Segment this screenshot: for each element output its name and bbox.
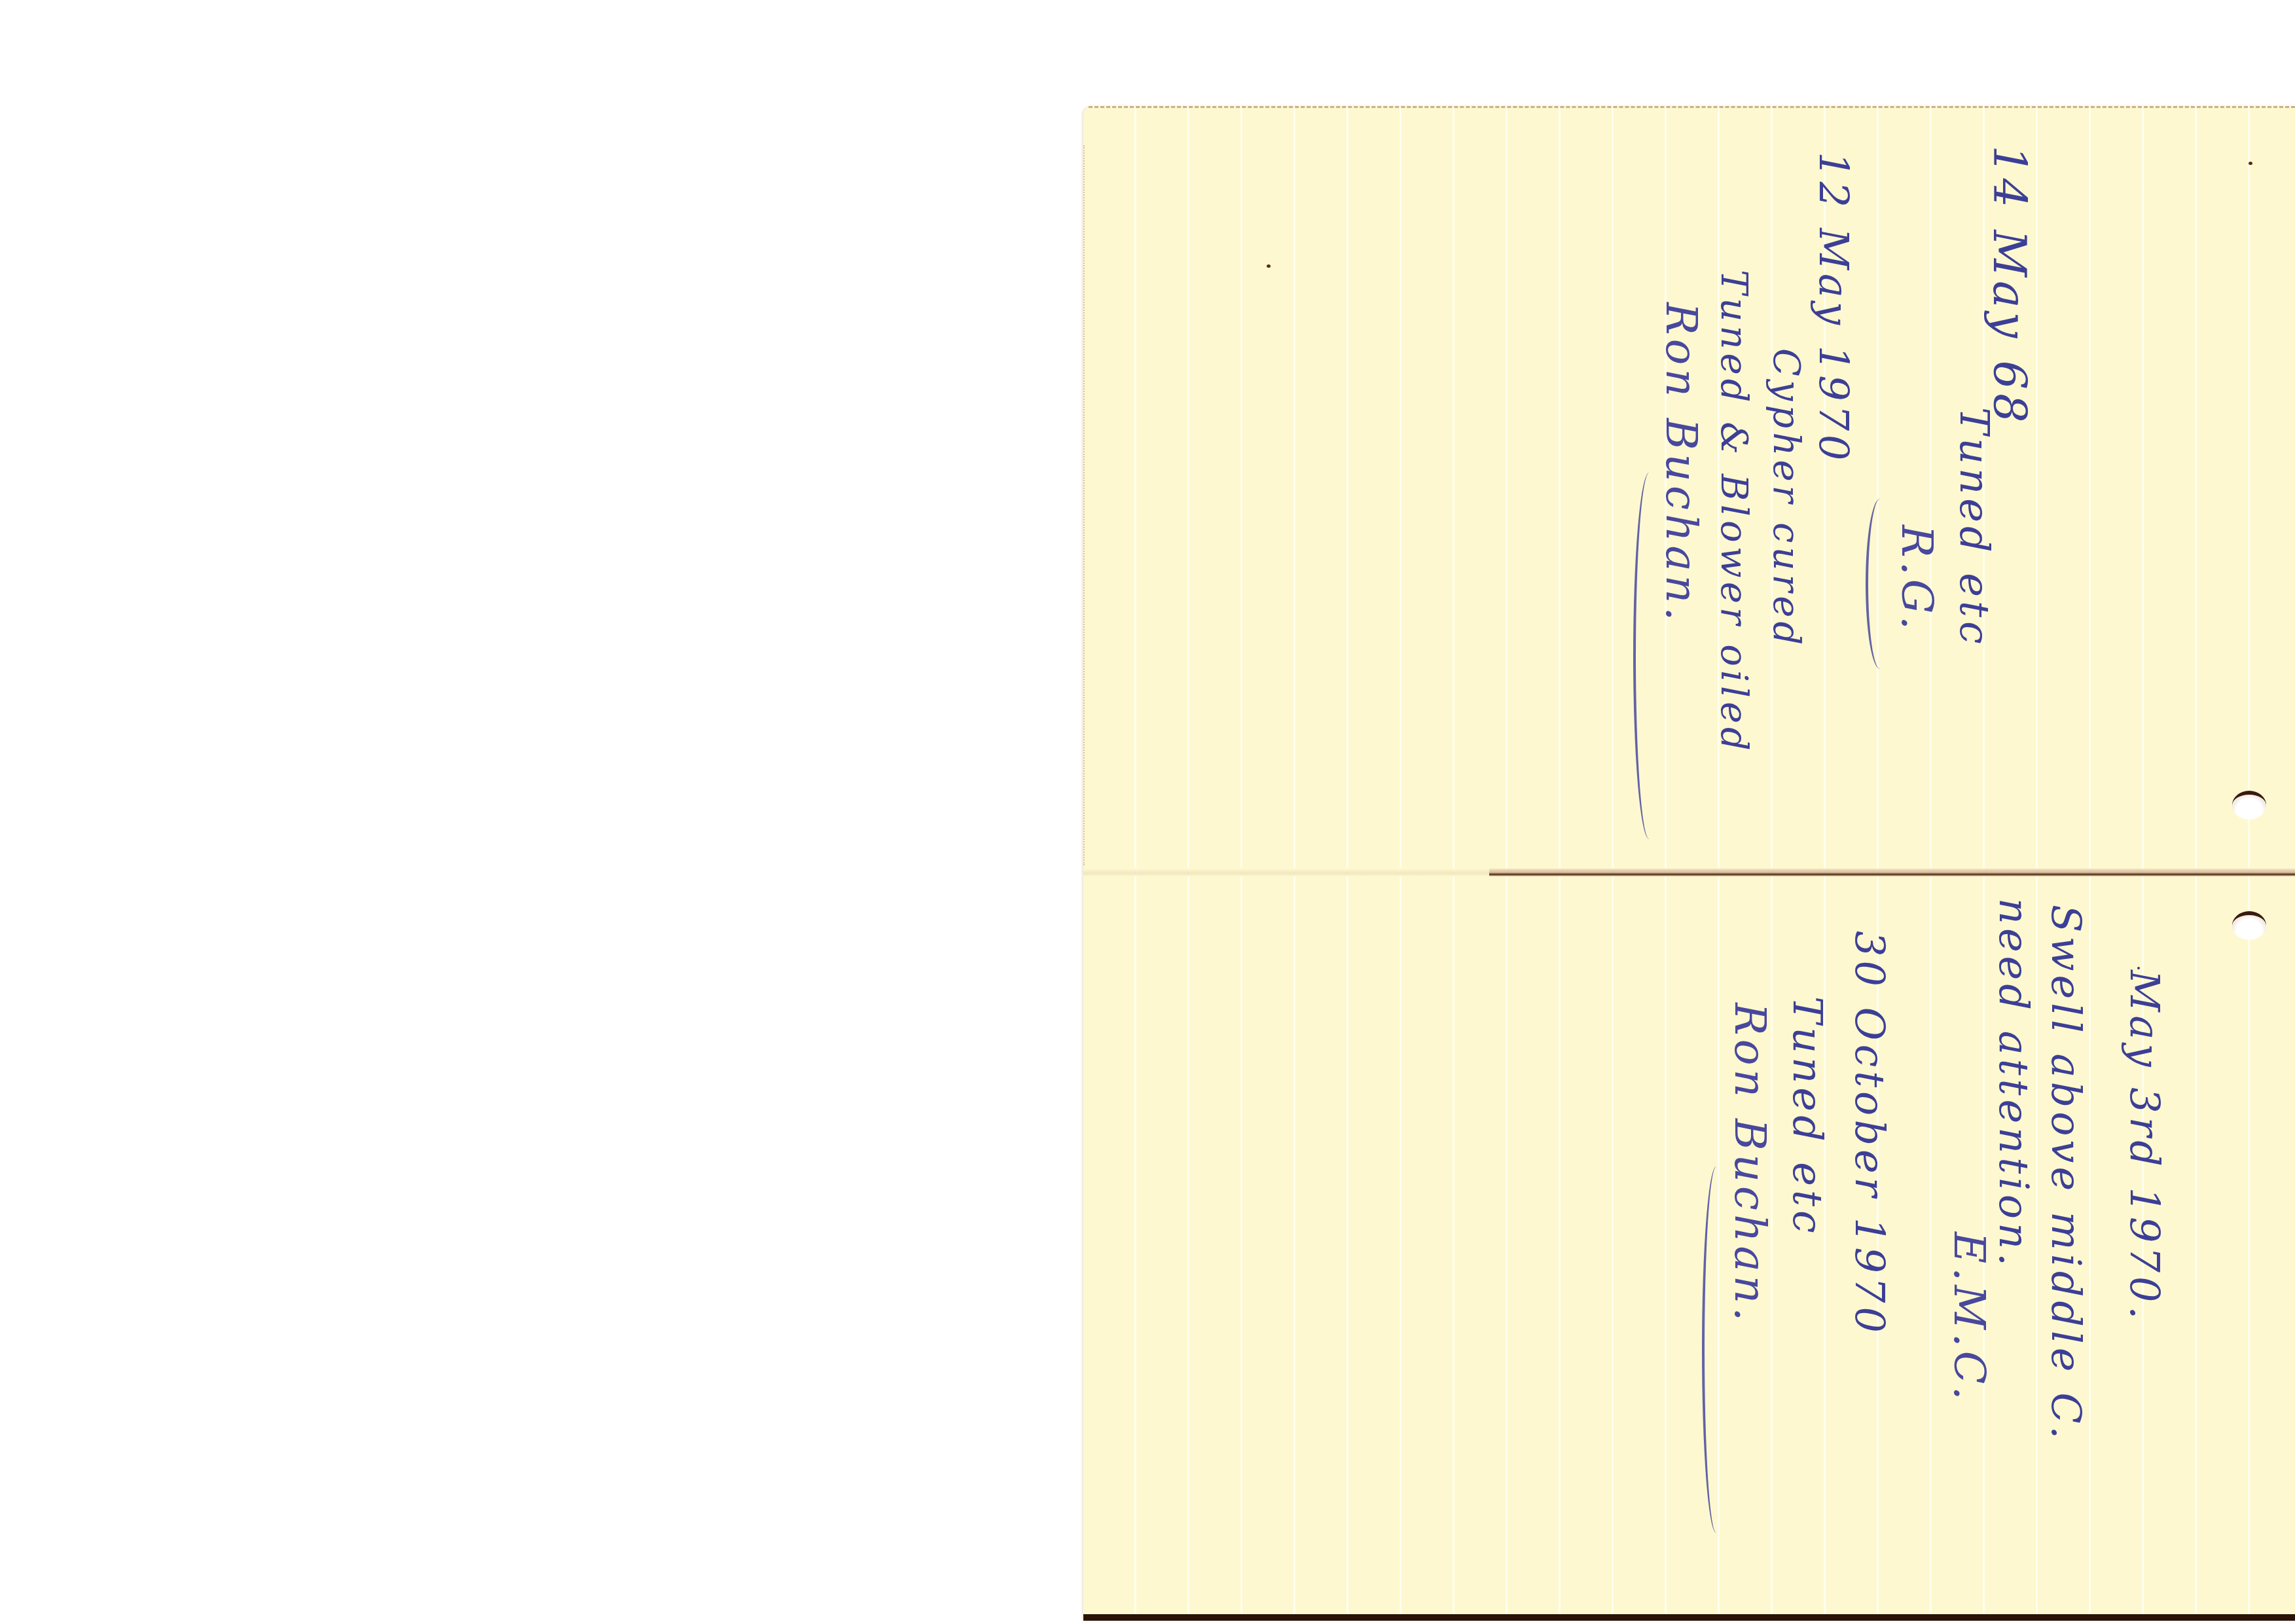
log-card: 14 May 68 Tuned etc R.G. 12 May 1970 Cyp… xyxy=(1083,106,2295,1621)
card-left-edge xyxy=(1083,145,1086,865)
entry-4-date: 30 October 1970 xyxy=(1849,931,1890,1337)
entry-1-date: 14 May 68 xyxy=(1987,145,2033,427)
punch-hole-icon xyxy=(2232,791,2266,820)
entry-3-signature: E.M.C. xyxy=(1947,1232,1991,1404)
entry-2-date: 12 May 1970 xyxy=(1813,152,1854,465)
entry-4-signature: Ron Buchan. xyxy=(1728,1003,1771,1325)
entry-2-note-line-1: Cypher cured xyxy=(1767,348,1804,649)
fold-crease-faint xyxy=(1083,869,1489,876)
entry-2-note-line-2: Tuned & Blower oiled xyxy=(1715,270,1752,755)
entry-1-note: Tuned etc xyxy=(1954,407,1995,648)
entry-3-note-line-2: need attention. xyxy=(1993,898,2034,1270)
ink-speck xyxy=(1267,264,1271,268)
ink-speck xyxy=(2249,162,2252,165)
card-bottom-edge xyxy=(1083,1614,2295,1621)
ink-speck xyxy=(2137,967,2140,969)
entry-3-note-line-1: Swell above middle C. xyxy=(2046,905,2086,1443)
signature-flourish xyxy=(1633,473,1665,839)
entry-3-date: May 3rd 1970. xyxy=(2124,970,2165,1323)
punch-hole-icon xyxy=(2232,911,2266,940)
entry-4-note: Tuned etc xyxy=(1787,996,1828,1237)
entry-1-signature: R.G. xyxy=(1895,525,1938,634)
torn-top-edge xyxy=(1089,106,2295,111)
entry-2-signature: Ron Buchan. xyxy=(1659,302,1703,624)
signature-flourish xyxy=(1866,499,1894,669)
signature-flourish xyxy=(1702,1166,1731,1533)
